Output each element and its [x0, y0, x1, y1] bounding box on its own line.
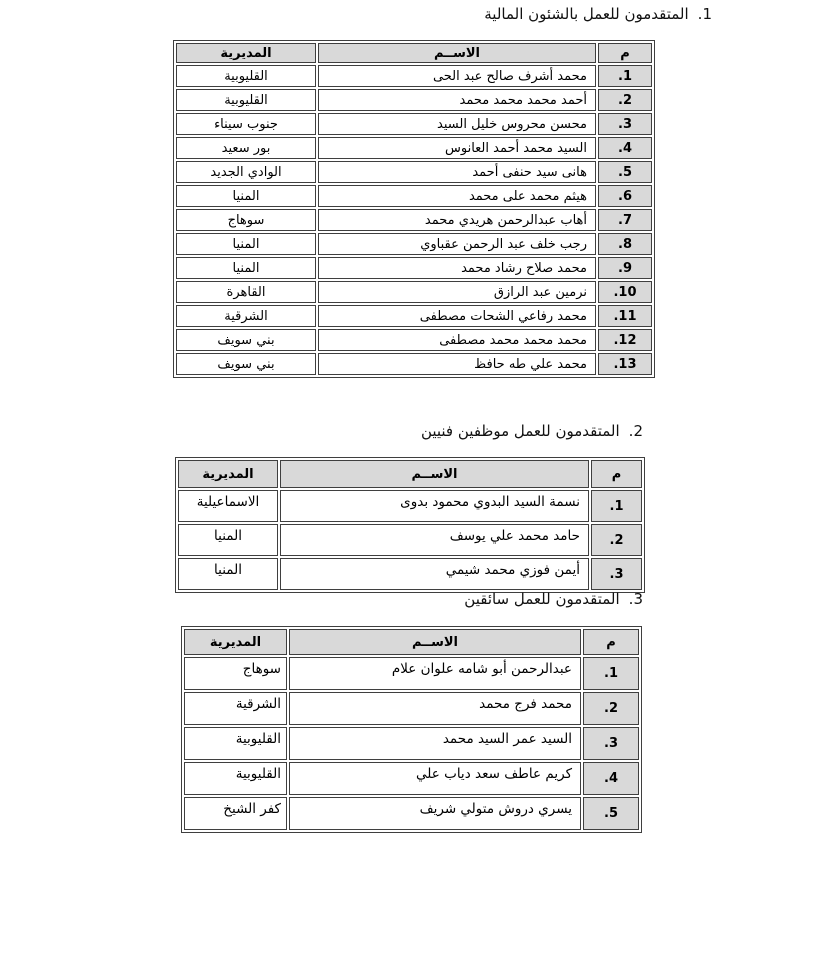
table-row: 5.هانى سيد حنفى أحمدالوادي الجديد — [176, 161, 652, 183]
directorate-cell: المنيا — [178, 558, 278, 590]
table-row: 1.محمد أشرف صالح عبد الحىالقليوبية — [176, 65, 652, 87]
directorate-cell: القليوبية — [184, 762, 287, 795]
serial-cell: 1. — [583, 657, 639, 690]
section-number: 1. — [698, 4, 712, 25]
section-title: المتقدمون للعمل سائقين — [464, 590, 619, 608]
table-row: 1.نسمة السيد البدوي محمود بدوىالاسماعيلي… — [178, 490, 642, 522]
applicant-name-cell: السيد محمد أحمد العانوس — [318, 137, 596, 159]
column-header-directorate: المديرية — [176, 43, 316, 63]
column-header-directorate: المديرية — [184, 629, 287, 655]
serial-cell: 3. — [591, 558, 642, 590]
serial-cell: 1. — [598, 65, 652, 87]
directorate-cell: بني سويف — [176, 329, 316, 351]
directorate-cell: الشرقية — [184, 692, 287, 725]
applicant-name-cell: محمد علي طه حافظ — [318, 353, 596, 375]
directorate-cell: القليوبية — [184, 727, 287, 760]
directorate-cell: المنيا — [178, 524, 278, 556]
directorate-cell: الاسماعيلية — [178, 490, 278, 522]
serial-cell: 8. — [598, 233, 652, 255]
table-row: 10.نرمين عبد الرازقالقاهرة — [176, 281, 652, 303]
serial-cell: 5. — [598, 161, 652, 183]
applicant-name-cell: محمد صلاح رشاد محمد — [318, 257, 596, 279]
serial-cell: 12. — [598, 329, 652, 351]
section-heading-1: 1.المتقدمون للعمل بالشئون المالية — [484, 4, 712, 25]
directorate-cell: جنوب سيناء — [176, 113, 316, 135]
serial-cell: 1. — [591, 490, 642, 522]
serial-cell: 4. — [598, 137, 652, 159]
directorate-cell: بور سعيد — [176, 137, 316, 159]
document-page: 1.المتقدمون للعمل بالشئون المالية م الاس… — [0, 0, 821, 960]
table-header-row: م الاســم المديرية — [178, 460, 642, 488]
applicant-name-cell: السيد عمر السيد محمد — [289, 727, 581, 760]
table-header-row: م الاســم المديرية — [176, 43, 652, 63]
table-row: 5.يسري دروش متولي شريفكفر الشيخ — [184, 797, 639, 830]
directorate-cell: بني سويف — [176, 353, 316, 375]
column-header-serial: م — [583, 629, 639, 655]
serial-cell: 4. — [583, 762, 639, 795]
applicant-name-cell: نرمين عبد الرازق — [318, 281, 596, 303]
applicant-name-cell: يسري دروش متولي شريف — [289, 797, 581, 830]
applicant-name-cell: حامد محمد علي يوسف — [280, 524, 589, 556]
column-header-directorate: المديرية — [178, 460, 278, 488]
serial-cell: 2. — [598, 89, 652, 111]
table-row: 11.محمد رفاعي الشحات مصطفىالشرقية — [176, 305, 652, 327]
table-row: 2.أحمد محمد محمد محمدالقليوبية — [176, 89, 652, 111]
directorate-cell: الوادي الجديد — [176, 161, 316, 183]
directorate-cell: المنيا — [176, 257, 316, 279]
serial-cell: 13. — [598, 353, 652, 375]
table-row: 3.أيمن فوزي محمد شيميالمنيا — [178, 558, 642, 590]
section-number: 3. — [629, 589, 643, 610]
table-header-row: م الاســم المديرية — [184, 629, 639, 655]
applicants-table-drivers: م الاســم المديرية 1.عبدالرحمن أبو شامه … — [181, 626, 642, 833]
applicant-name-cell: محسن محروس خليل السيد — [318, 113, 596, 135]
column-header-serial: م — [598, 43, 652, 63]
column-header-name: الاســم — [289, 629, 581, 655]
table-row: 8.رجب خلف عبد الرحمن عقباويالمنيا — [176, 233, 652, 255]
applicant-name-cell: أيمن فوزي محمد شيمي — [280, 558, 589, 590]
column-header-name: الاســم — [318, 43, 596, 63]
applicant-name-cell: محمد أشرف صالح عبد الحى — [318, 65, 596, 87]
applicant-name-cell: عبدالرحمن أبو شامه علوان علام — [289, 657, 581, 690]
applicant-name-cell: محمد رفاعي الشحات مصطفى — [318, 305, 596, 327]
directorate-cell: المنيا — [176, 233, 316, 255]
directorate-cell: القاهرة — [176, 281, 316, 303]
section-title: المتقدمون للعمل موظفين فنيين — [421, 422, 620, 440]
applicant-name-cell: هيثم محمد على محمد — [318, 185, 596, 207]
table-row: 2.محمد فرج محمدالشرقية — [184, 692, 639, 725]
serial-cell: 2. — [591, 524, 642, 556]
table-row: 3.السيد عمر السيد محمدالقليوبية — [184, 727, 639, 760]
serial-cell: 3. — [598, 113, 652, 135]
section-heading-2: 2.المتقدمون للعمل موظفين فنيين — [421, 421, 643, 442]
column-header-serial: م — [591, 460, 642, 488]
table-row: 6.هيثم محمد على محمدالمنيا — [176, 185, 652, 207]
table-row: 13.محمد علي طه حافظبني سويف — [176, 353, 652, 375]
applicant-name-cell: كريم عاطف سعد دياب علي — [289, 762, 581, 795]
table-row: 9.محمد صلاح رشاد محمدالمنيا — [176, 257, 652, 279]
serial-cell: 11. — [598, 305, 652, 327]
table-row: 3.محسن محروس خليل السيدجنوب سيناء — [176, 113, 652, 135]
serial-cell: 3. — [583, 727, 639, 760]
applicant-name-cell: محمد محمد محمد مصطفى — [318, 329, 596, 351]
serial-cell: 9. — [598, 257, 652, 279]
directorate-cell: المنيا — [176, 185, 316, 207]
applicant-name-cell: أهاب عبدالرحمن هريدي محمد — [318, 209, 596, 231]
applicants-table-financial: م الاســم المديرية 1.محمد أشرف صالح عبد … — [173, 40, 655, 378]
directorate-cell: القليوبية — [176, 89, 316, 111]
directorate-cell: القليوبية — [176, 65, 316, 87]
serial-cell: 10. — [598, 281, 652, 303]
applicant-name-cell: هانى سيد حنفى أحمد — [318, 161, 596, 183]
applicant-name-cell: أحمد محمد محمد محمد — [318, 89, 596, 111]
applicant-name-cell: نسمة السيد البدوي محمود بدوى — [280, 490, 589, 522]
table-row: 2.حامد محمد علي يوسفالمنيا — [178, 524, 642, 556]
applicants-table-technical: م الاســم المديرية 1.نسمة السيد البدوي م… — [175, 457, 645, 593]
applicant-name-cell: رجب خلف عبد الرحمن عقباوي — [318, 233, 596, 255]
table-row: 12.محمد محمد محمد مصطفىبني سويف — [176, 329, 652, 351]
table-row: 7.أهاب عبدالرحمن هريدي محمدسوهاج — [176, 209, 652, 231]
section-heading-3: 3.المتقدمون للعمل سائقين — [464, 589, 643, 610]
table-row: 1.عبدالرحمن أبو شامه علوان علامسوهاج — [184, 657, 639, 690]
table-row: 4.كريم عاطف سعد دياب عليالقليوبية — [184, 762, 639, 795]
column-header-name: الاســم — [280, 460, 589, 488]
directorate-cell: سوهاج — [184, 657, 287, 690]
section-title: المتقدمون للعمل بالشئون المالية — [484, 5, 688, 23]
serial-cell: 6. — [598, 185, 652, 207]
directorate-cell: الشرقية — [176, 305, 316, 327]
serial-cell: 5. — [583, 797, 639, 830]
applicant-name-cell: محمد فرج محمد — [289, 692, 581, 725]
directorate-cell: كفر الشيخ — [184, 797, 287, 830]
serial-cell: 7. — [598, 209, 652, 231]
table-row: 4.السيد محمد أحمد العانوسبور سعيد — [176, 137, 652, 159]
section-number: 2. — [629, 421, 643, 442]
directorate-cell: سوهاج — [176, 209, 316, 231]
serial-cell: 2. — [583, 692, 639, 725]
